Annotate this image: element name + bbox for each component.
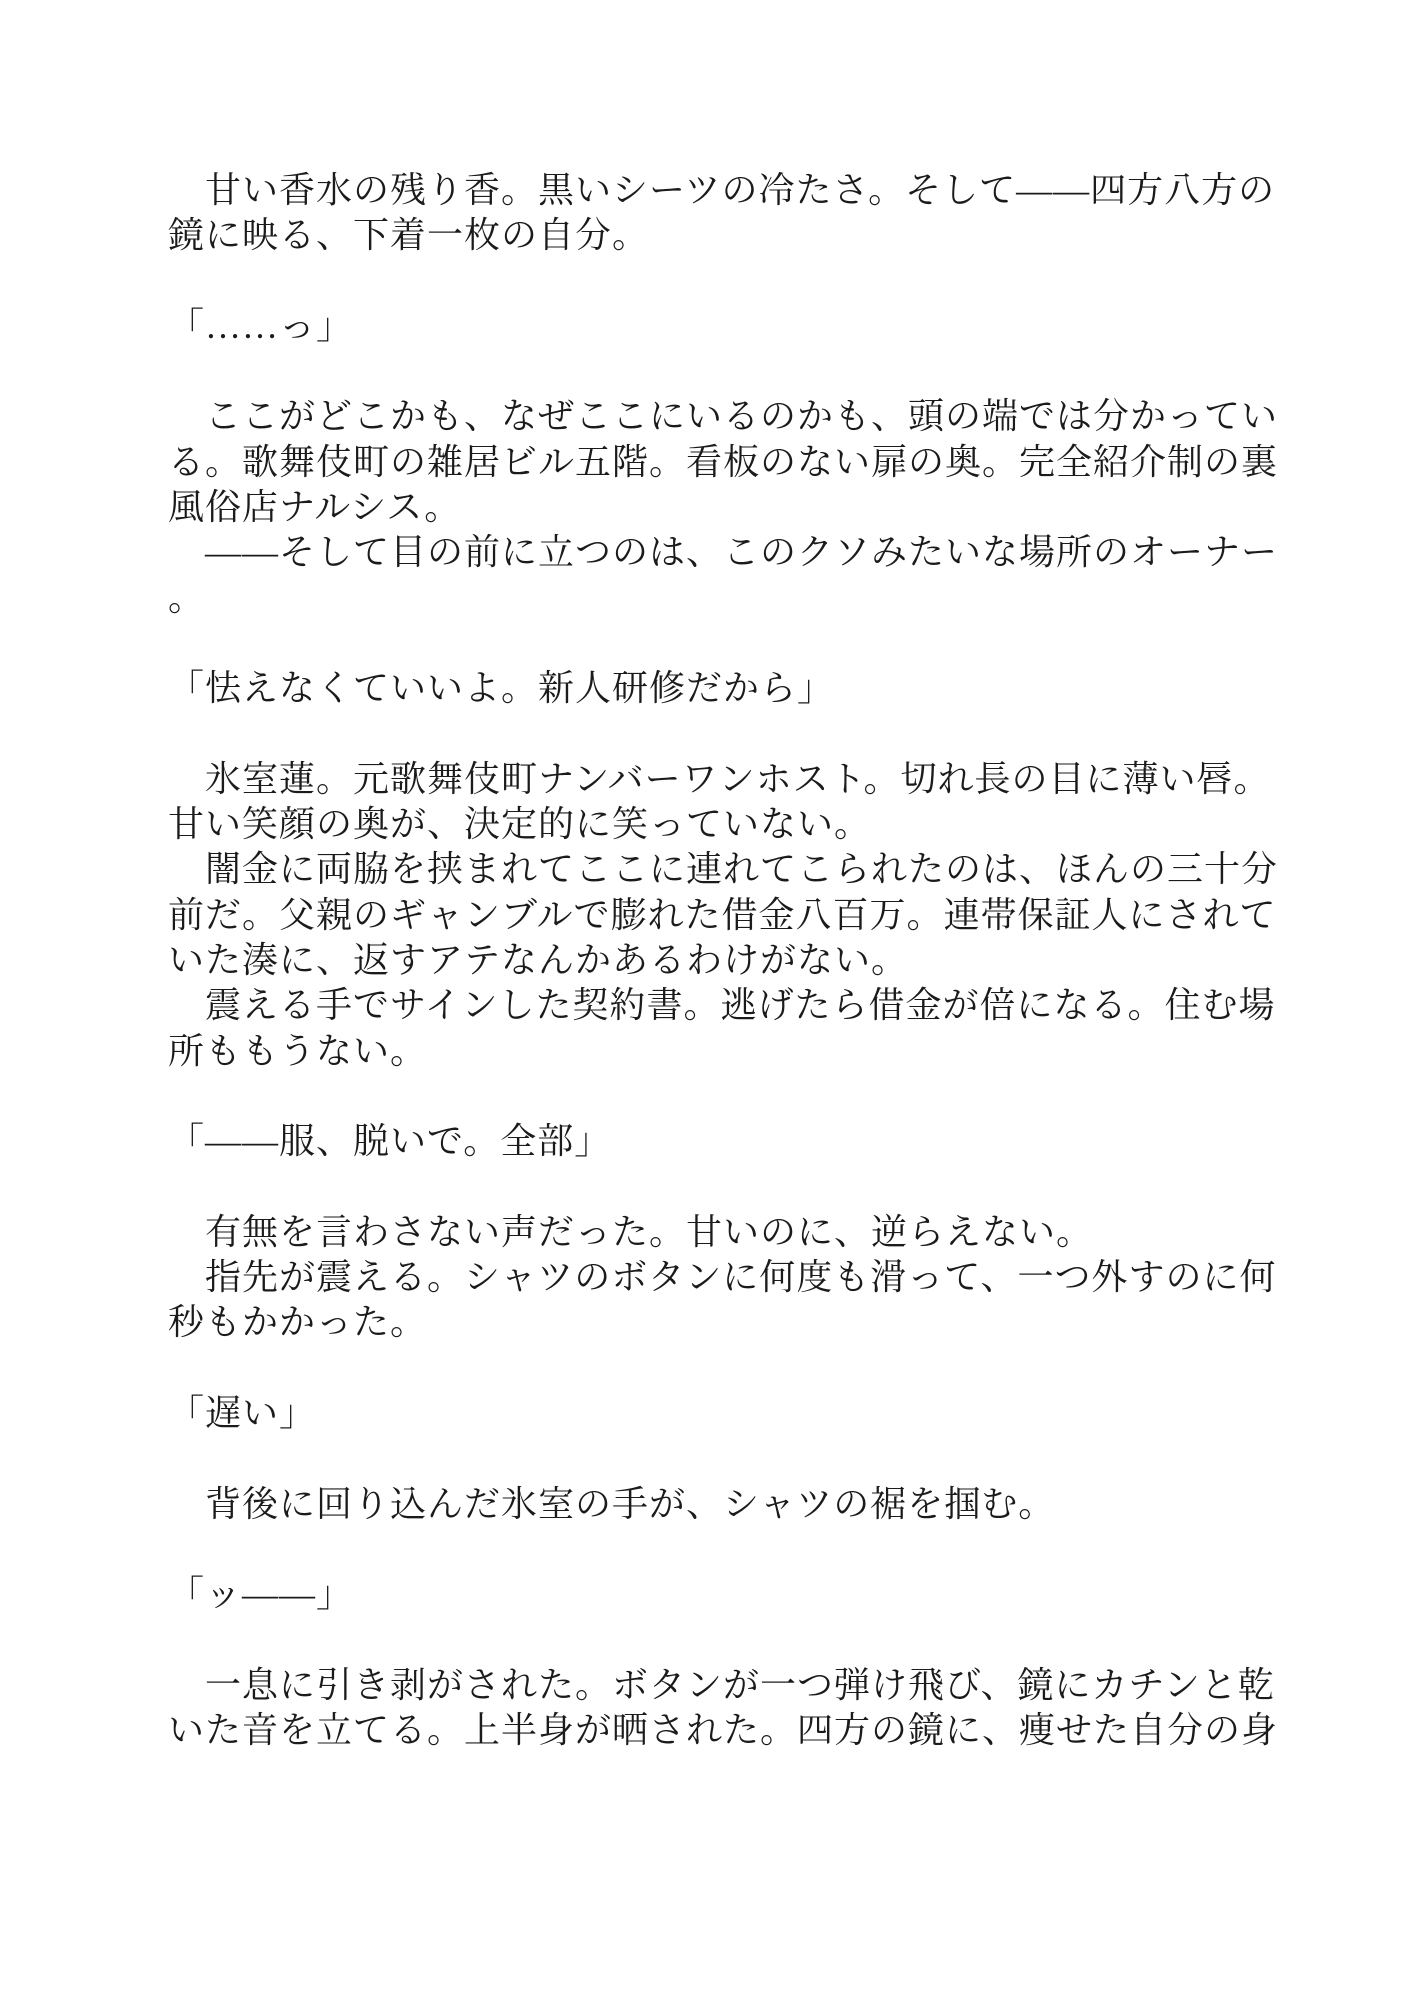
text-line: 甘い笑顔の奥が、決定的に笑っていない。: [168, 802, 1285, 847]
text-line: 闇金に両脇を挟まれてここに連れてこられたのは、ほんの三十分: [168, 847, 1285, 892]
blank-line: [168, 1527, 1285, 1572]
text-line: 「——服、脱いで。全部」: [168, 1119, 1285, 1164]
blank-line: [168, 259, 1285, 304]
blank-line: [168, 712, 1285, 757]
text-line: 氷室蓮。元歌舞伎町ナンバーワンホスト。切れ長の目に薄い唇。: [168, 757, 1285, 802]
text-line: いた湊に、返すアテなんかあるわけがない。: [168, 938, 1285, 983]
blank-line: [168, 621, 1285, 666]
text-line: 前だ。父親のギャンブルで膨れた借金八百万。連帯保証人にされて: [168, 893, 1285, 938]
document-page: 甘い香水の残り香。黒いシーツの冷たさ。そして——四方八方の鏡に映る、下着一枚の自…: [0, 0, 1415, 2000]
text-line: 鏡に映る、下着一枚の自分。: [168, 213, 1285, 258]
text-line: 「怯えなくていいよ。新人研修だから」: [168, 666, 1285, 711]
blank-line: [168, 1436, 1285, 1481]
text-line: 「遅い」: [168, 1391, 1285, 1436]
blank-line: [168, 1618, 1285, 1663]
text-line: 有無を言わさない声だった。甘いのに、逆らえない。: [168, 1210, 1285, 1255]
text-line: 「……っ」: [168, 304, 1285, 349]
text-line: 指先が震える。シャツのボタンに何度も滑って、一つ外すのに何: [168, 1255, 1285, 1300]
text-line: ——そして目の前に立つのは、このクソみたいな場所のオーナー: [168, 530, 1285, 575]
blank-line: [168, 349, 1285, 394]
text-line: 震える手でサインした契約書。逃げたら借金が倍になる。住む場: [168, 983, 1285, 1028]
text-line: る。歌舞伎町の雑居ビル五階。看板のない扉の奥。完全紹介制の裏: [168, 440, 1285, 485]
text-line: 「ッ——」: [168, 1572, 1285, 1617]
page-text: 甘い香水の残り香。黒いシーツの冷たさ。そして——四方八方の鏡に映る、下着一枚の自…: [168, 168, 1285, 1753]
text-line: ここがどこかも、なぜここにいるのかも、頭の端では分かってい: [168, 394, 1285, 439]
blank-line: [168, 1165, 1285, 1210]
text-line: 秒もかかった。: [168, 1300, 1285, 1345]
text-line: 所ももうない。: [168, 1029, 1285, 1074]
blank-line: [168, 1074, 1285, 1119]
text-line: 。: [168, 576, 1285, 621]
blank-line: [168, 1346, 1285, 1391]
text-line: 背後に回り込んだ氷室の手が、シャツの裾を掴む。: [168, 1482, 1285, 1527]
text-line: 風俗店ナルシス。: [168, 485, 1285, 530]
text-line: いた音を立てる。上半身が晒された。四方の鏡に、痩せた自分の身: [168, 1708, 1285, 1753]
text-line: 一息に引き剥がされた。ボタンが一つ弾け飛び、鏡にカチンと乾: [168, 1663, 1285, 1708]
text-line: 甘い香水の残り香。黒いシーツの冷たさ。そして——四方八方の: [168, 168, 1285, 213]
